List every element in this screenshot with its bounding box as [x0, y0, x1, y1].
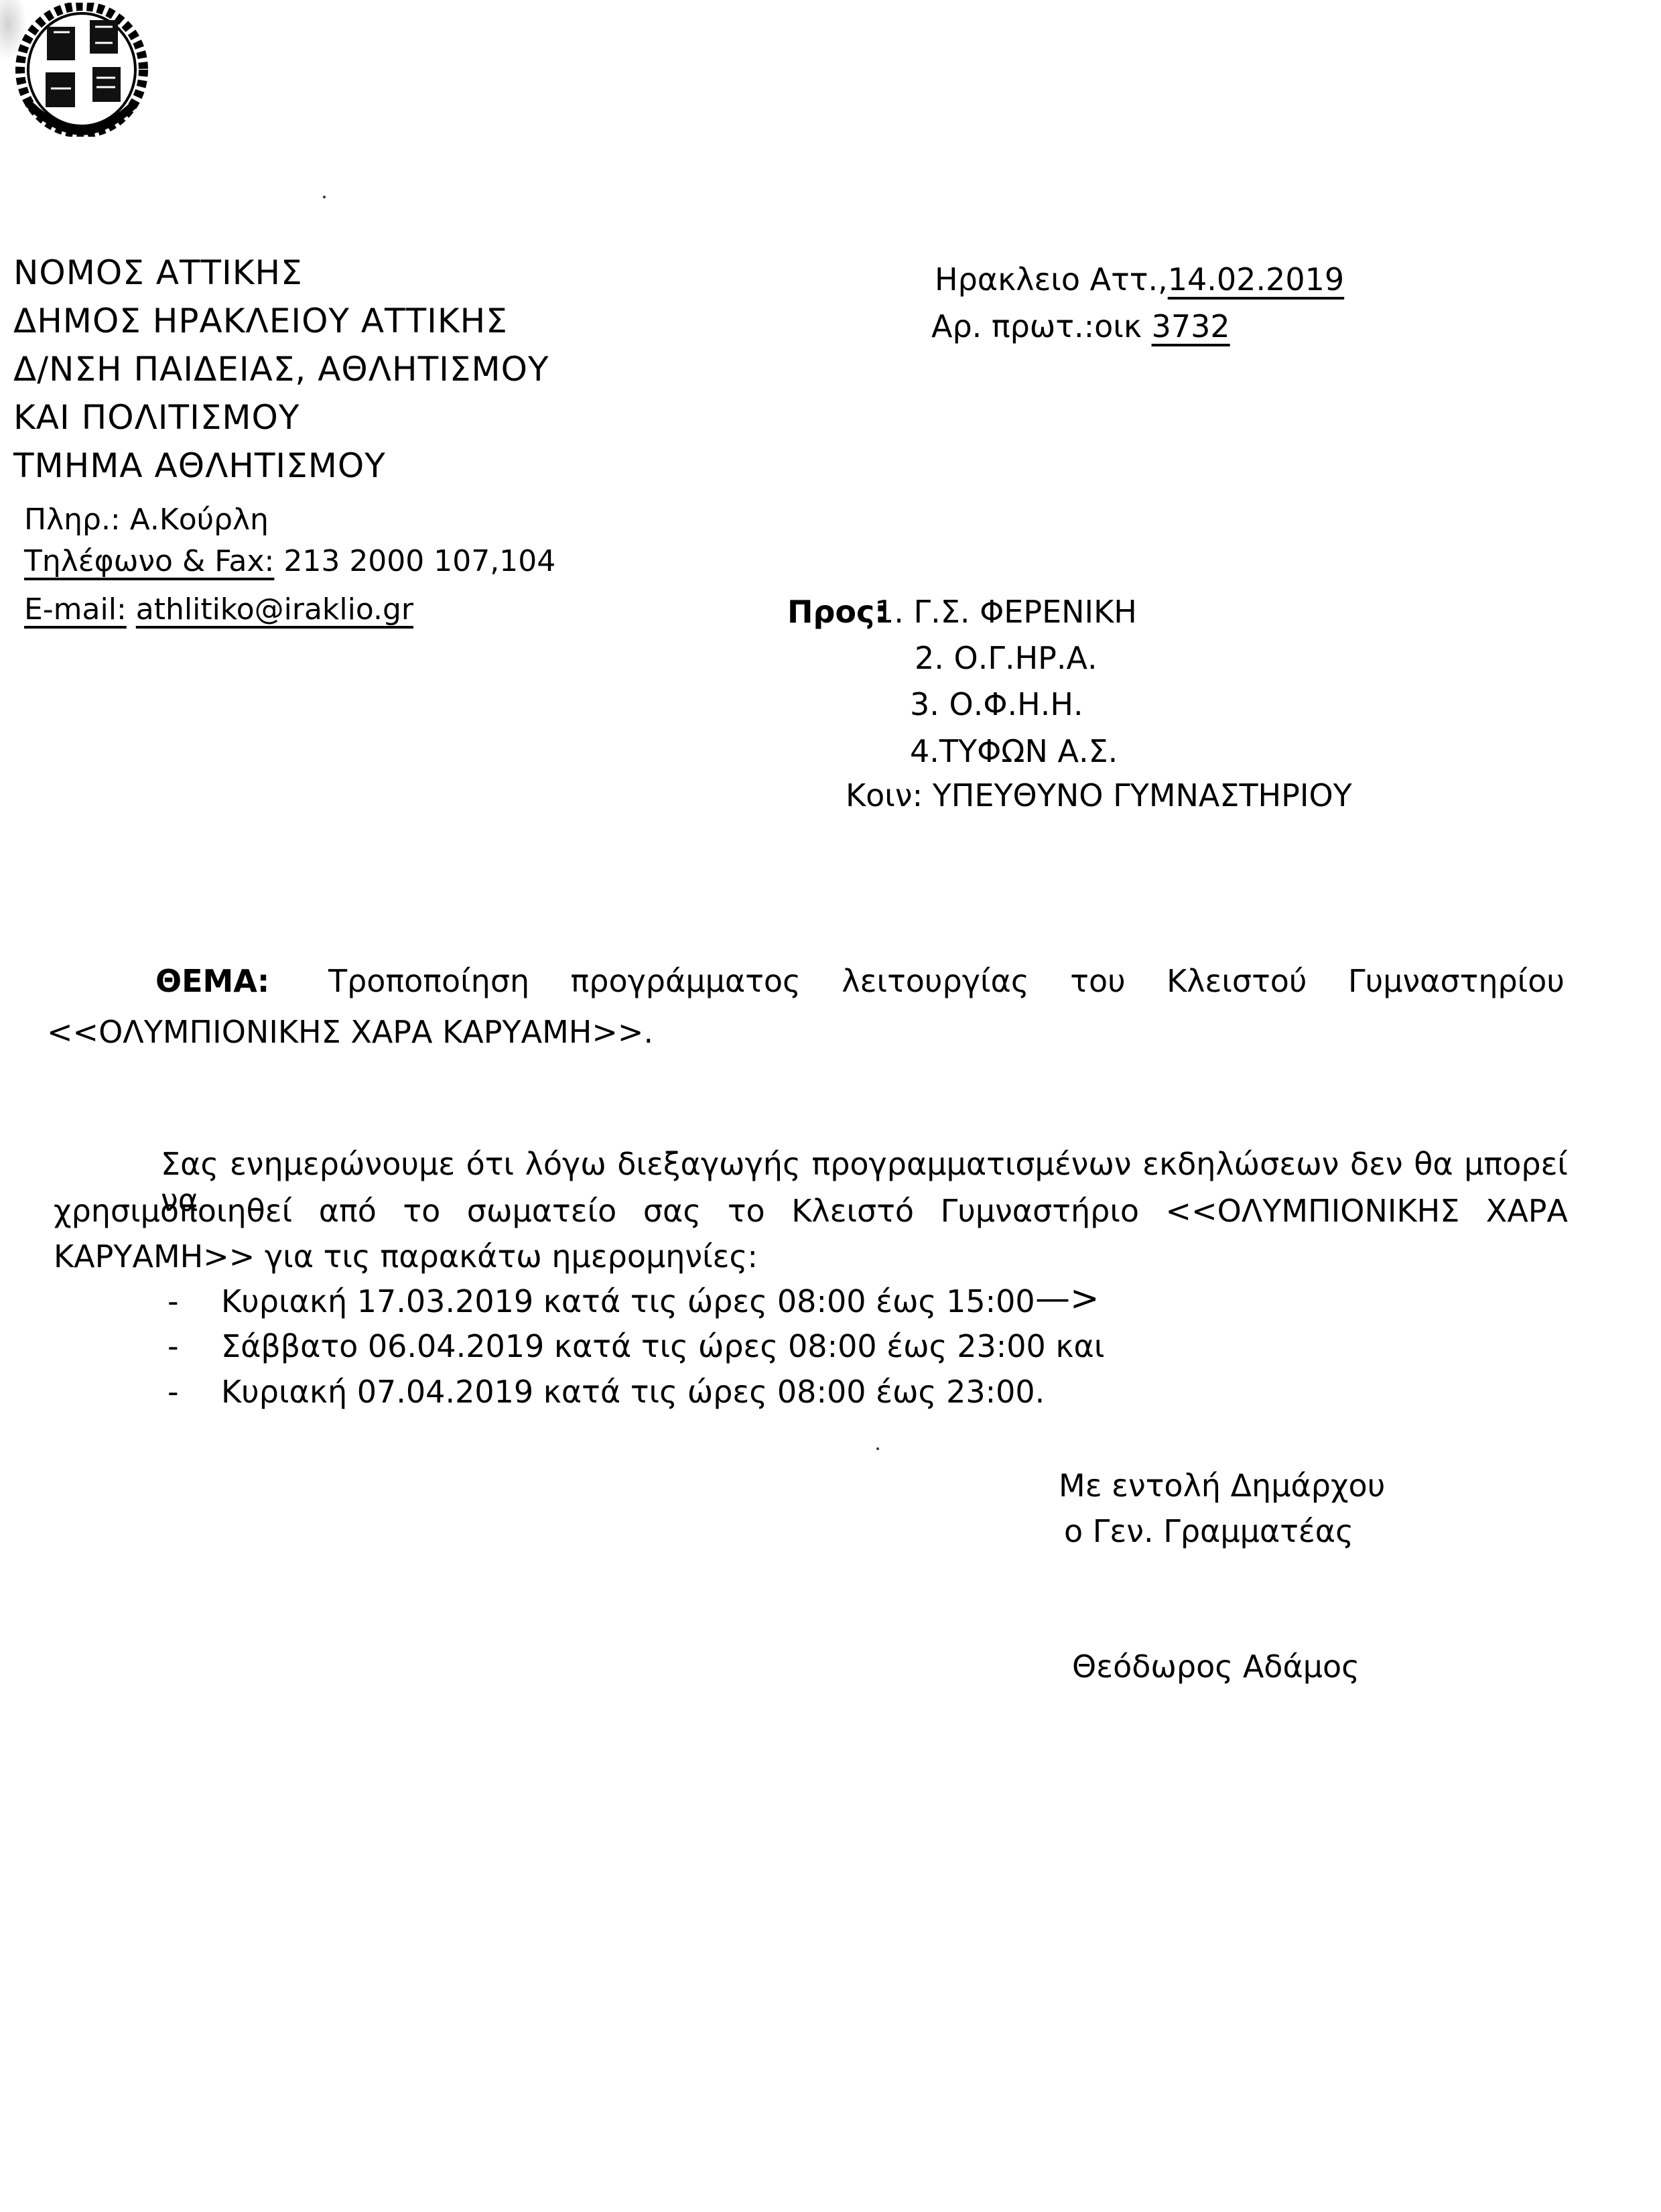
- recipient-item: 1. Γ.Σ. ΦΕΡΕΝΙΚΗ: [874, 594, 1137, 630]
- header-line-directorate: Δ/ΝΣΗ ΠΑΙΔΕΙΑΣ, ΑΘΛΗΤΙΣΜΟΥ: [13, 350, 549, 389]
- list-item: Κυριακή 07.04.2019 κατά τις ώρες 08:00 έ…: [221, 1374, 1045, 1410]
- signature-name: Θεόδωρος Αδάμος: [1072, 1648, 1359, 1685]
- signature-title: ο Γεν. Γραμματέας: [1064, 1513, 1353, 1549]
- header-line-municipality: ΔΗΜΟΣ ΗΡΑΚΛΕΙΟΥ ΑΤΤΙΚΗΣ: [13, 302, 508, 340]
- scan-speck: [876, 1447, 879, 1450]
- contact-phone-label: Τηλέφωνο & Fax:: [24, 544, 274, 578]
- list-dash: -: [168, 1374, 179, 1410]
- contact-phone-value: 213 2000 107,104: [283, 544, 555, 578]
- greek-coat-of-arms-icon: [15, 3, 149, 137]
- protocol-label: Αρ. πρωτ.:οικ: [931, 308, 1142, 344]
- contact-person-label: Πληρ.:: [24, 503, 121, 537]
- subject-text: Τροποποίηση προγράμματος λειτουργίας του…: [328, 963, 1565, 999]
- list-item: Κυριακή 17.03.2019 κατά τις ώρες 08:00 έ…: [221, 1283, 1035, 1319]
- protocol-number: Αρ. πρωτ.:οικ 3732: [931, 308, 1230, 344]
- contact-email-value[interactable]: athlitiko@iraklio.gr: [136, 592, 413, 627]
- scan-speck: [323, 196, 326, 198]
- cc-line: Κοιν: ΥΠΕΥΘΥΝΟ ΓΥΜΝΑΣΤΗΡΙΟΥ: [846, 777, 1352, 814]
- header-line-department: ΤΜΗΜΑ ΑΘΛΗΤΙΣΜΟΥ: [13, 446, 386, 485]
- recipient-item: 3. Ο.Φ.Η.Η.: [910, 686, 1083, 722]
- header-line-directorate-cont: ΚΑΙ ΠΟΛΙΤΙΣΜΟΥ: [13, 398, 300, 437]
- document-date: 14.02.2019: [1168, 261, 1344, 298]
- contact-person: Πληρ.: Α.Κούρλη: [24, 503, 269, 537]
- header-line-prefecture: ΝΟΜΟΣ ΑΤΤΙΚΗΣ: [13, 253, 303, 292]
- list-item: Σάββατο 06.04.2019 κατά τις ώρες 08:00 έ…: [221, 1328, 1104, 1364]
- handwritten-arrow-icon: —>: [1035, 1279, 1100, 1319]
- signature-authority: Με εντολή Δημάρχου: [1059, 1468, 1385, 1504]
- contact-person-value: Α.Κούρλη: [130, 503, 269, 537]
- recipients-label: Προς:: [787, 594, 887, 630]
- list-dash: -: [168, 1328, 179, 1364]
- recipient-item: 4.ΤΥΦΩΝ Α.Σ.: [910, 733, 1118, 769]
- list-dash: -: [168, 1283, 179, 1319]
- place-date: Ηρακλειο Αττ.,14.02.2019: [935, 261, 1344, 298]
- contact-email: E-mail: athlitiko@iraklio.gr: [24, 592, 413, 627]
- subject-label: ΘΕΜΑ:: [155, 963, 269, 999]
- subject-text-cont: <<ΟΛΥΜΠΙΟΝΙΚΗΣ ΧΑΡΑ ΚΑΡΥΑΜΗ>>.: [47, 1014, 653, 1050]
- body-paragraph-line: χρησιμοποιηθεί από το σωματείο σας το Κλ…: [54, 1193, 1568, 1229]
- cc-label: Κοιν:: [846, 777, 923, 814]
- contact-phone: Τηλέφωνο & Fax: 213 2000 107,104: [24, 544, 555, 578]
- protocol-value: 3732: [1152, 308, 1230, 344]
- contact-email-label: E-mail:: [24, 592, 127, 627]
- body-paragraph-line: ΚΑΡΥΑΜΗ>> για τις παρακάτω ημερομηνίες:: [54, 1238, 758, 1275]
- cc-value: ΥΠΕΥΘΥΝΟ ΓΥΜΝΑΣΤΗΡΙΟΥ: [933, 777, 1352, 814]
- place: Ηρακλειο Αττ.,: [935, 261, 1168, 298]
- recipient-item: 2. Ο.Γ.ΗΡ.Α.: [915, 640, 1098, 676]
